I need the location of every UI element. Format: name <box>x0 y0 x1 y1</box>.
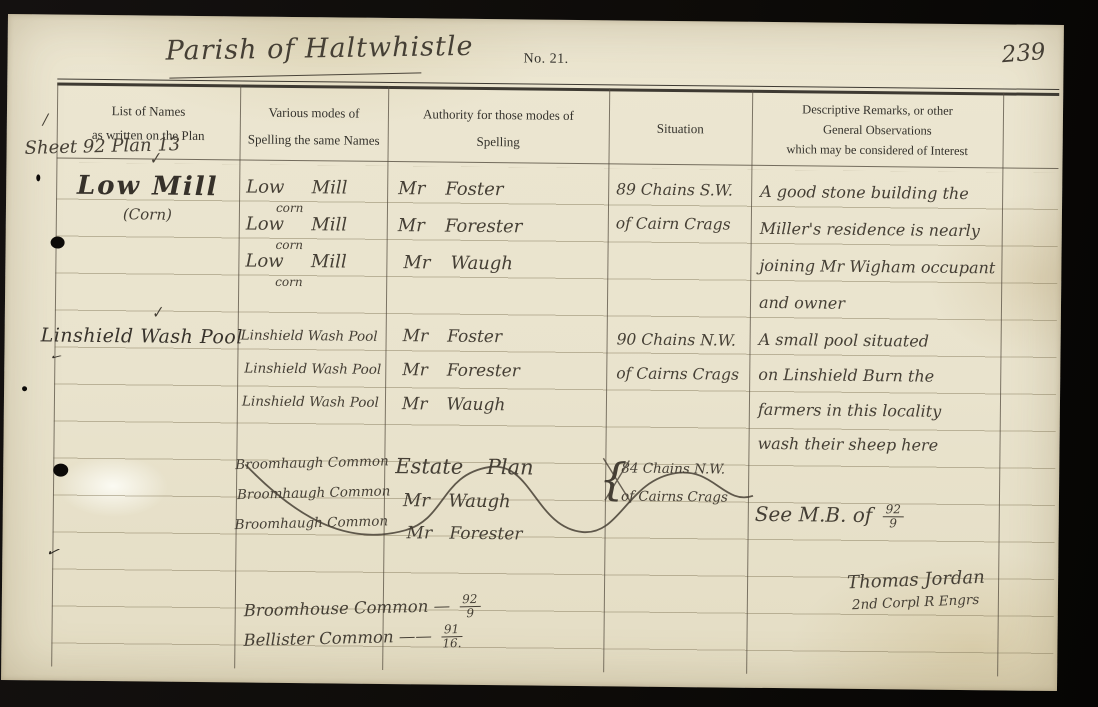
entry2-authority-3: Mr Waugh <box>402 394 506 415</box>
footer-note-2-label: Bellister Common <box>243 627 394 650</box>
parish-title: Parish of Haltwhistle <box>165 31 473 67</box>
scanned-page-photo: Parish of Haltwhistle No. 21. 239 List o… <box>0 0 1098 707</box>
entry1-name: Low Mill <box>56 171 239 203</box>
header-situation: Situation <box>609 120 752 137</box>
entry1-spelling-1: Low Mill <box>246 177 347 199</box>
entry1-authority-1: Mr Foster <box>398 178 503 200</box>
footer-note-1-dash: — <box>433 596 450 615</box>
footer-note-1-label: Broomhouse Common <box>244 597 429 621</box>
entry1-remark-2: Miller's residence is nearly <box>760 219 1000 241</box>
punch-hole <box>51 236 65 248</box>
entry2-spelling-3: Linshield Wash Pool <box>242 393 379 410</box>
entry3-remark-reference: See M.B. of 92 9 <box>755 502 904 530</box>
punch-hole <box>53 463 68 476</box>
document-page: Parish of Haltwhistle No. 21. 239 List o… <box>1 14 1064 691</box>
header-remarks-line3: which may be considered of Interest <box>752 142 1003 160</box>
entry1-spelling-3: Low Mill <box>245 251 346 273</box>
ink-speck <box>22 386 27 391</box>
footer-note-2-dash: —— <box>399 626 432 646</box>
strikethrough-scribble <box>230 436 766 562</box>
entry2-remark-2: on Linshield Burn the <box>758 365 998 387</box>
mb-page-fraction: 92 9 <box>882 504 904 530</box>
header-authority-line1: Authority for those modes of <box>388 106 609 124</box>
entry2-authority-2: Mr Forester <box>402 360 520 381</box>
entry2-authority-1: Mr Foster <box>403 326 503 347</box>
page-number: 239 <box>1001 39 1047 68</box>
footer-note-1-fraction: 92 9 <box>459 593 481 620</box>
entry2-spelling-2: Linshield Wash Pool <box>244 360 381 377</box>
entry1-name-note: (Corn) <box>56 205 239 225</box>
entry2-remark-4: wash their sheep here <box>757 434 997 456</box>
entry1-remark-1: A good stone building the <box>760 182 1000 204</box>
entry2-situation-2: of Cairns Crags <box>616 364 739 383</box>
form-number: No. 21. <box>523 51 568 67</box>
entry1-remark-3: joining Mr Wigham occupant <box>759 256 999 278</box>
entry2-situation-1: 90 Chains N.W. <box>617 330 736 349</box>
entry1-authority-3: Mr Waugh <box>403 252 513 274</box>
entry1-spelling-3-sub: corn <box>275 275 303 289</box>
entry2-remark-1: A small pool situated <box>759 330 999 352</box>
ink-speck <box>36 174 40 181</box>
footer-note-2: Bellister Common —— 91 16. <box>243 623 462 655</box>
entry2-remark-3: farmers in this locality <box>758 400 998 422</box>
entry2-name: Linshield Wash Pool <box>41 324 251 348</box>
header-remarks-line1: Descriptive Remarks, or other <box>752 102 1003 120</box>
header-authority-line2: Spelling <box>388 133 609 151</box>
entry1-remark-4: and owner <box>759 293 999 315</box>
entry2-spelling-1: Linshield Wash Pool <box>241 327 378 344</box>
entry1-spelling-2: Low Mill <box>246 214 347 236</box>
header-remarks-line2: General Observations <box>752 122 1003 140</box>
title-underline-flourish <box>169 72 421 78</box>
margin-tick-mark: ∕ <box>43 110 48 128</box>
see-mb-text: See M.B. of <box>755 502 873 527</box>
header-spelling-line2: Spelling the same Names <box>240 131 388 149</box>
footer-note-2-fraction: 91 16. <box>441 623 463 650</box>
entry1-situation-2: of Cairn Crags <box>616 214 731 233</box>
entry1-authority-2: Mr Forester <box>398 215 523 237</box>
header-names-line1: List of Names <box>57 103 240 121</box>
header-spelling-line1: Various modes of <box>240 104 388 122</box>
entry1-situation-1: 89 Chains S.W. <box>616 180 733 199</box>
